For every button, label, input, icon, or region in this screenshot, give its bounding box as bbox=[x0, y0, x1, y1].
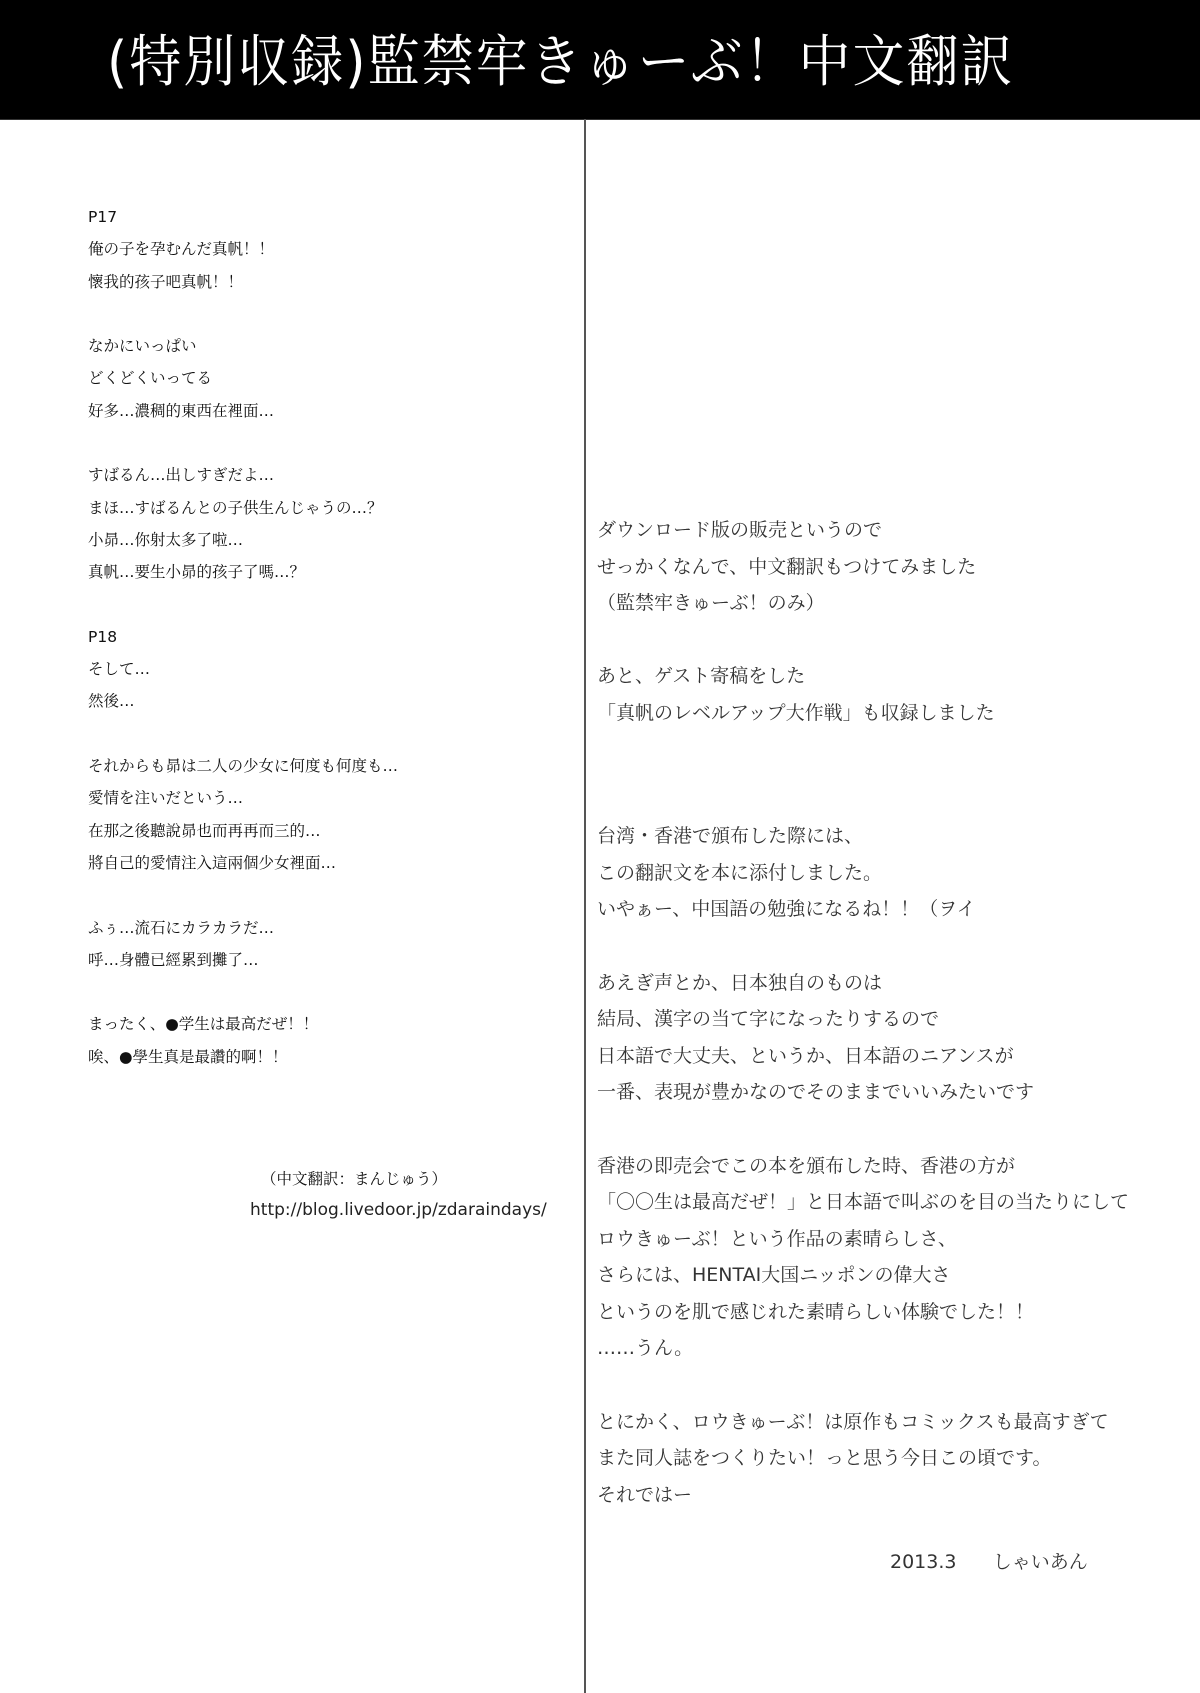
text-line: というのを肌で感じれた素晴らしい体験でした！！ bbox=[597, 1294, 1129, 1331]
dialogue-line: 唉、●學生真是最讚的啊！！ bbox=[88, 1041, 398, 1073]
dialogue-line: まほ…すばるんとの子供生んじゃうの…？ bbox=[88, 492, 398, 524]
signature-author: しゃいあん bbox=[993, 1551, 1088, 1573]
paragraph: あえぎ声とか、日本独自のものは 結局、漢字の当て字になったりするので 日本語で大… bbox=[597, 965, 1129, 1111]
spacer bbox=[88, 298, 398, 330]
translator-credit: （中文翻訳：まんじゅう） bbox=[261, 1167, 447, 1189]
dialogue-line: 將自己的愛情注入這兩個少女裡面… bbox=[88, 847, 398, 879]
text-line: とにかく、ロウきゅーぶ！は原作もコミックスも最高すぎて bbox=[597, 1404, 1129, 1441]
column-divider bbox=[584, 119, 586, 1693]
dialogue-line: 好多…濃稠的東西在裡面… bbox=[88, 395, 398, 427]
spacer bbox=[88, 976, 398, 1008]
afterword-column: ダウンロード版の販売というので せっかくなんで、中文翻訳もつけてみました （監禁… bbox=[597, 512, 1129, 1513]
dialogue-line: 然後… bbox=[88, 685, 398, 717]
spacer bbox=[88, 718, 398, 750]
dialogue-line: 小昴…你射太多了啦… bbox=[88, 524, 398, 556]
paragraph: あと、ゲスト寄稿をした 「真帆のレベルアップ大作戦」も収録しました bbox=[597, 658, 1129, 731]
text-line: 結局、漢字の当て字になったりするので bbox=[597, 1001, 1129, 1038]
dialogue-line: 呼…身體已經累到攤了… bbox=[88, 944, 398, 976]
dialogue-line: 懷我的孩子吧真帆！！ bbox=[88, 266, 398, 298]
spacer bbox=[597, 622, 1129, 659]
spacer bbox=[597, 768, 1129, 818]
page-label-p17: P17 bbox=[88, 201, 398, 233]
signature-date: 2013.3 bbox=[890, 1551, 956, 1573]
paragraph: 台湾・香港で頒布した際には、 この翻訳文を本に添付しました。 いやぁー、中国語の… bbox=[597, 818, 1129, 928]
paragraph: とにかく、ロウきゅーぶ！は原作もコミックスも最高すぎて また同人誌をつくりたい！… bbox=[597, 1404, 1129, 1514]
spacer bbox=[88, 427, 398, 459]
dialogue-line: 在那之後聽說昴也而再再而三的… bbox=[88, 815, 398, 847]
text-line: さらには、HENTAI大国ニッポンの偉大さ bbox=[597, 1257, 1129, 1294]
spacer bbox=[597, 1367, 1129, 1404]
dialogue-line: 俺の子を孕むんだ真帆！！ bbox=[88, 233, 398, 265]
dialogue-line: まったく、●学生は最高だぜ！！ bbox=[88, 1008, 398, 1040]
spacer bbox=[88, 879, 398, 911]
blog-url-link[interactable]: http://blog.livedoor.jp/zdaraindays/ bbox=[250, 1200, 547, 1220]
text-line: せっかくなんで、中文翻訳もつけてみました bbox=[597, 549, 1129, 586]
spacer bbox=[597, 1111, 1129, 1148]
text-line: 「真帆のレベルアップ大作戦」も収録しました bbox=[597, 695, 1129, 732]
dialogue-line: 愛情を注いだという… bbox=[88, 782, 398, 814]
text-line: この翻訳文を本に添付しました。 bbox=[597, 855, 1129, 892]
text-line: それではー bbox=[597, 1477, 1129, 1514]
title-banner: (特別収録)監禁牢きゅーぶ！中文翻訳 bbox=[0, 0, 1200, 120]
dialogue-line: それからも昴は二人の少女に何度も何度も… bbox=[88, 750, 398, 782]
text-line: いやぁー、中国語の勉強になるね！！（ヲイ bbox=[597, 891, 1129, 928]
text-line: あと、ゲスト寄稿をした bbox=[597, 658, 1129, 695]
text-line: また同人誌をつくりたい！っと思う今日この頃です。 bbox=[597, 1440, 1129, 1477]
text-line: 台湾・香港で頒布した際には、 bbox=[597, 818, 1129, 855]
text-line: ダウンロード版の販売というので bbox=[597, 512, 1129, 549]
translation-column: P17 俺の子を孕むんだ真帆！！ 懷我的孩子吧真帆！！ なかにいっぱい どくどく… bbox=[88, 201, 398, 1073]
text-line: ロウきゅーぶ！という作品の素晴らしさ、 bbox=[597, 1221, 1129, 1258]
spacer bbox=[597, 732, 1129, 769]
paragraph: 香港の即売会でこの本を頒布した時、香港の方が 「〇〇生は最高だぜ！」と日本語で叫… bbox=[597, 1148, 1129, 1368]
signature: 2013.3 しゃいあん bbox=[890, 1547, 1088, 1574]
spacer bbox=[597, 928, 1129, 965]
spacer bbox=[88, 589, 398, 621]
text-line: （監禁牢きゅーぶ！のみ） bbox=[597, 585, 1129, 622]
dialogue-line: ふぅ…流石にカラカラだ… bbox=[88, 912, 398, 944]
text-line: 香港の即売会でこの本を頒布した時、香港の方が bbox=[597, 1148, 1129, 1185]
page-title: (特別収録)監禁牢きゅーぶ！中文翻訳 bbox=[107, 28, 1015, 97]
text-line: 「〇〇生は最高だぜ！」と日本語で叫ぶのを目の当たりにして bbox=[597, 1184, 1129, 1221]
text-line: あえぎ声とか、日本独自のものは bbox=[597, 965, 1129, 1002]
text-line: 一番、表現が豊かなのでそのままでいいみたいです bbox=[597, 1074, 1129, 1111]
paragraph: ダウンロード版の販売というので せっかくなんで、中文翻訳もつけてみました （監禁… bbox=[597, 512, 1129, 622]
page-label-p18: P18 bbox=[88, 621, 398, 653]
dialogue-line: どくどくいってる bbox=[88, 362, 398, 394]
dialogue-line: なかにいっぱい bbox=[88, 330, 398, 362]
text-line: 日本語で大丈夫、というか、日本語のニアンスが bbox=[597, 1038, 1129, 1075]
dialogue-line: そして… bbox=[88, 653, 398, 685]
text-line: ……うん。 bbox=[597, 1330, 1129, 1367]
dialogue-line: すばるん…出しすぎだよ… bbox=[88, 459, 398, 491]
dialogue-line: 真帆…要生小昴的孩子了嗎…？ bbox=[88, 556, 398, 588]
